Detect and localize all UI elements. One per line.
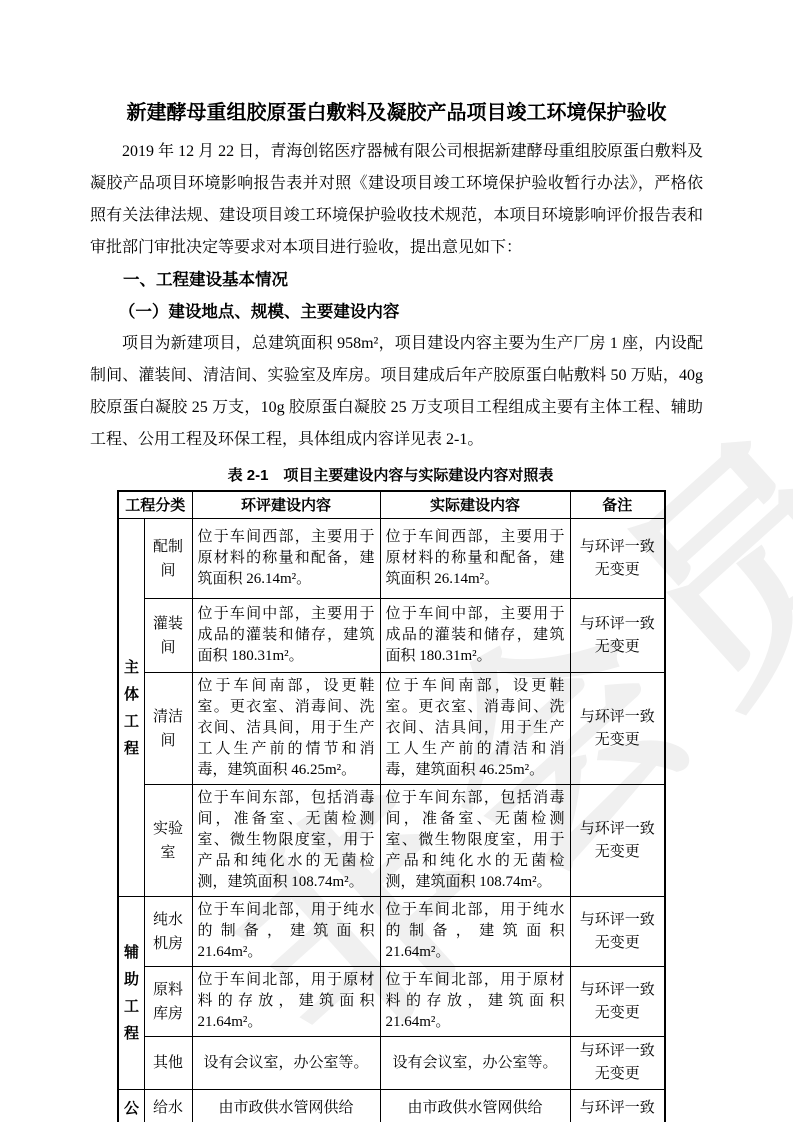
header-eia: 环评建设内容 bbox=[192, 491, 380, 519]
eia-cell: 位于车间北部，用于原材料的存放，建筑面积 21.64m²。 bbox=[192, 967, 380, 1037]
actual-cell: 设有会议室，办公室等。 bbox=[380, 1037, 570, 1090]
actual-cell: 位于车间中部，主要用于成品的灌装和储存，建筑面积 180.31m²。 bbox=[380, 599, 570, 673]
table-header-row: 工程分类 环评建设内容 实际建设内容 备注↵ bbox=[118, 491, 665, 519]
remark-text: 与环评一致 bbox=[580, 1097, 655, 1120]
remark-cell: 与环评一致 无变更↵ bbox=[570, 673, 665, 785]
comparison-table: 工程分类 环评建设内容 实际建设内容 备注↵ 主体工程 配制间 位于车间西部，主… bbox=[117, 490, 666, 1122]
document-page: 新建酵母重组胶原蛋白敷料及凝胶产品项目竣工环境保护验收 2019 年 12 月 … bbox=[0, 0, 793, 1122]
eia-cell: 位于车间中部，主要用于成品的灌装和储存，建筑面积 180.31m²。 bbox=[192, 599, 380, 673]
remark-cell: 与环评一致 无变更↵ bbox=[570, 519, 665, 599]
group-cell-auxiliary-works: 辅助工程 bbox=[118, 897, 144, 1090]
table-row: 公 给水 由市政供水管网供给 由市政供水管网供给 与环评一致↵ bbox=[118, 1090, 665, 1122]
remark-text: 与环评一致 无变更 bbox=[580, 818, 655, 864]
eia-cell: 位于车间北部，用于纯水的制备，建筑面积 21.64m²。 bbox=[192, 897, 380, 967]
table-row: 原料库房 位于车间北部，用于原材料的存放，建筑面积 21.64m²。 位于车间北… bbox=[118, 967, 665, 1037]
remark-cell: 与环评一致 无变更↵ bbox=[570, 785, 665, 897]
remark-text: 与环评一致 无变更 bbox=[580, 979, 655, 1025]
room-cell: 实验室 bbox=[144, 785, 192, 897]
intro-paragraph: 2019 年 12 月 22 日，青海创铭医疗器械有限公司根据新建酵母重组胶原蛋… bbox=[90, 136, 703, 264]
table-row: 灌装间 位于车间中部，主要用于成品的灌装和储存，建筑面积 180.31m²。 位… bbox=[118, 599, 665, 673]
eia-cell: 位于车间东部，包括消毒间，准备室、无菌检测室、微生物限度室，用于产品和纯化水的无… bbox=[192, 785, 380, 897]
section-heading: 一、工程建设基本情况 bbox=[90, 264, 703, 296]
header-remark: 备注↵ bbox=[570, 491, 665, 519]
table-row: 其他 设有会议室，办公室等。 设有会议室，办公室等。 与环评一致 无变更↵ bbox=[118, 1037, 665, 1090]
header-category-label: 工程分类 bbox=[125, 497, 185, 514]
room-cell: 原料库房 bbox=[144, 967, 192, 1037]
table-row: 清洁间 位于车间南部，设更鞋室。更衣室、消毒间、洗衣间、洁具间，用于生产工人生产… bbox=[118, 673, 665, 785]
remark-cell: 与环评一致 无变更↵ bbox=[570, 1037, 665, 1090]
header-actual: 实际建设内容 bbox=[380, 491, 570, 519]
room-cell: 清洁间 bbox=[144, 673, 192, 785]
eia-cell: 由市政供水管网供给 bbox=[192, 1090, 380, 1122]
group-cell-main-works: 主体工程 bbox=[118, 519, 144, 897]
room-cell: 灌装间 bbox=[144, 599, 192, 673]
header-eia-label: 环评建设内容 bbox=[241, 497, 331, 514]
subsection-heading: （一）建设地点、规模、主要建设内容 bbox=[90, 296, 703, 328]
page-title: 新建酵母重组胶原蛋白敷料及凝胶产品项目竣工环境保护验收 bbox=[90, 100, 703, 126]
remark-text: 与环评一致 无变更 bbox=[580, 909, 655, 955]
header-category: 工程分类 bbox=[118, 491, 192, 519]
room-cell: 纯水机房 bbox=[144, 897, 192, 967]
remark-cell: 与环评一致 无变更↵ bbox=[570, 967, 665, 1037]
eia-cell: 位于车间西部，主要用于原材料的称量和配备，建筑面积 26.14m²。 bbox=[192, 519, 380, 599]
header-remark-label: 备注 bbox=[602, 497, 632, 514]
actual-cell: 位于车间北部，用于纯水的制备，建筑面积 21.64m²。 bbox=[380, 897, 570, 967]
remark-cell: 与环评一致↵ bbox=[570, 1090, 665, 1122]
room-cell: 配制间 bbox=[144, 519, 192, 599]
eia-cell: 设有会议室，办公室等。 bbox=[192, 1037, 380, 1090]
remark-text: 与环评一致 无变更 bbox=[580, 536, 655, 582]
remark-text: 与环评一致 无变更 bbox=[580, 1040, 655, 1086]
remark-text: 与环评一致 无变更 bbox=[580, 706, 655, 752]
construction-paragraph: 项目为新建项目，总建筑面积 958m²，项目建设内容主要为生产厂房 1 座，内设… bbox=[90, 328, 703, 456]
remark-cell: 与环评一致 无变更↵ bbox=[570, 599, 665, 673]
actual-cell: 位于车间东部，包括消毒间，准备室、无菌检测室、微生物限度室，用于产品和纯化水的无… bbox=[380, 785, 570, 897]
actual-cell: 位于车间北部，用于原材料的存放，建筑面积 21.64m²。 bbox=[380, 967, 570, 1037]
table-row: 辅助工程 纯水机房 位于车间北部，用于纯水的制备，建筑面积 21.64m²。 位… bbox=[118, 897, 665, 967]
remark-cell: 与环评一致 无变更↵ bbox=[570, 897, 665, 967]
actual-cell: 位于车间西部，主要用于原材料的称量和配备，建筑面积 26.14m²。 bbox=[380, 519, 570, 599]
room-cell: 其他 bbox=[144, 1037, 192, 1090]
group-cell-public-works: 公 bbox=[118, 1090, 144, 1122]
actual-cell: 由市政供水管网供给 bbox=[380, 1090, 570, 1122]
header-actual-label: 实际建设内容 bbox=[430, 497, 520, 514]
actual-cell: 位于车间南部，设更鞋室。更衣室、消毒间、洗衣间、洁具间，用于生产工人生产前的清洁… bbox=[380, 673, 570, 785]
eia-cell: 位于车间南部，设更鞋室。更衣室、消毒间、洗衣间、洁具间，用于生产工人生产前的情节… bbox=[192, 673, 380, 785]
remark-text: 与环评一致 无变更 bbox=[580, 613, 655, 659]
table-row: 主体工程 配制间 位于车间西部，主要用于原材料的称量和配备，建筑面积 26.14… bbox=[118, 519, 665, 599]
room-cell: 给水 bbox=[144, 1090, 192, 1122]
table-caption: 表 2-1 项目主要建设内容与实际建设内容对照表 bbox=[117, 466, 664, 486]
table-row: 实验室 位于车间东部，包括消毒间，准备室、无菌检测室、微生物限度室，用于产品和纯… bbox=[118, 785, 665, 897]
